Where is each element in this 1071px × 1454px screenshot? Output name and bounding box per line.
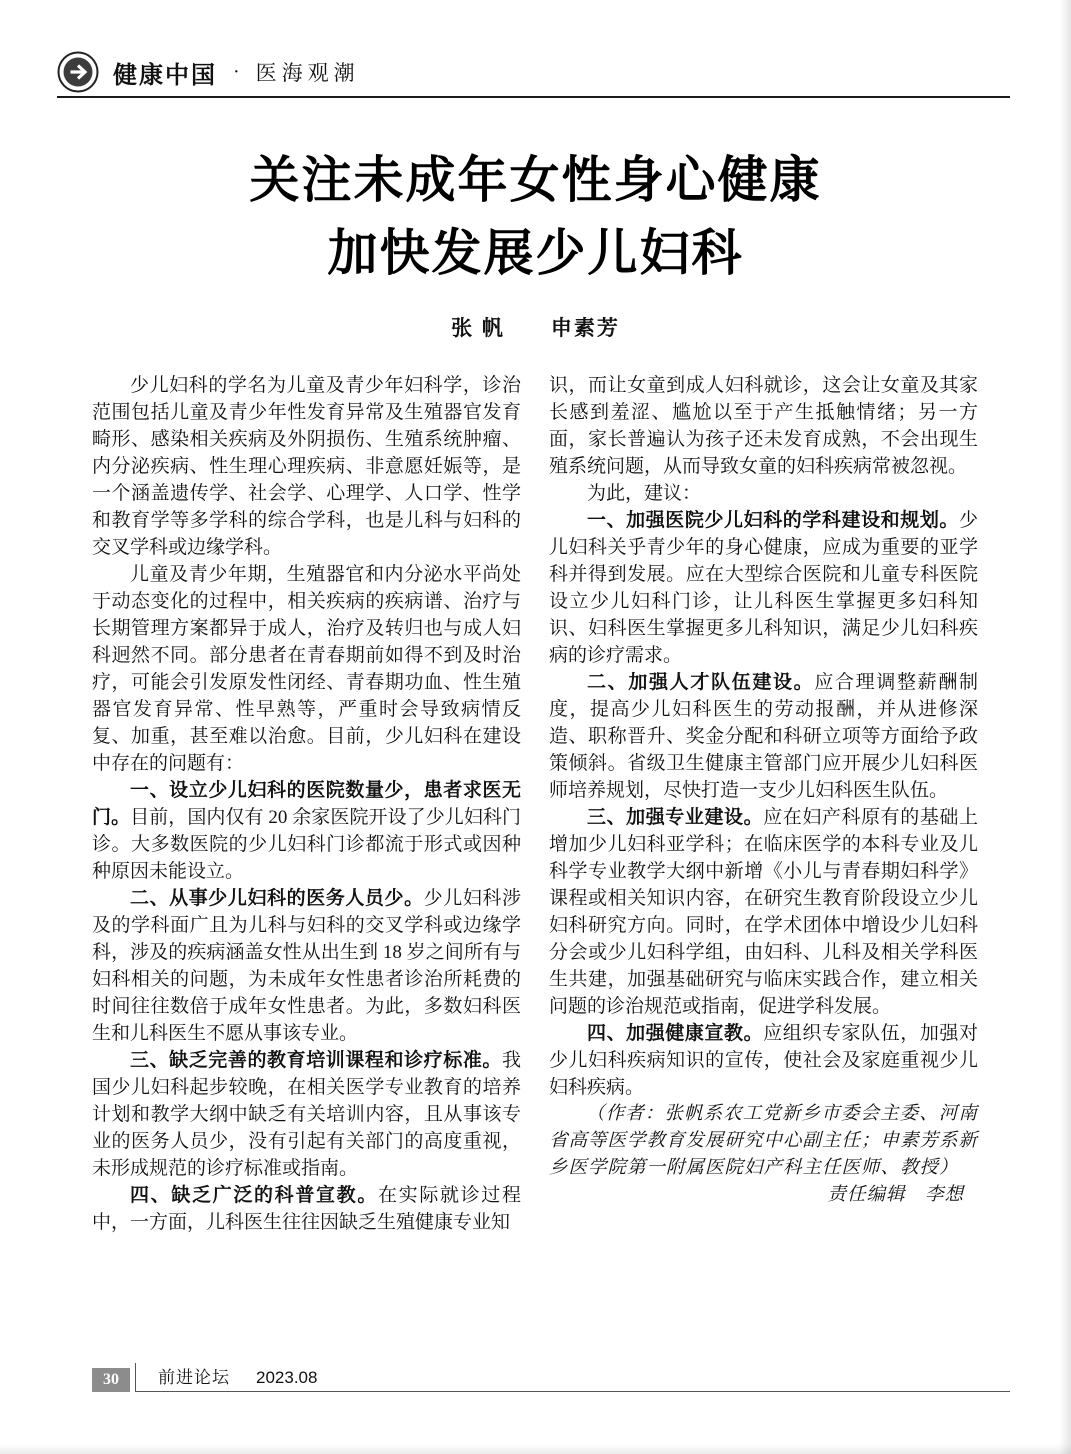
paragraph-text: 少儿妇科的学名为儿童及青少年妇科学，诊治范围包括儿童及青少年性发育异常及生殖器官… — [92, 375, 521, 558]
paragraph: 少儿妇科的学名为儿童及青少年妇科学，诊治范围包括儿童及青少年性发育异常及生殖器官… — [92, 372, 521, 561]
paragraph-lead: 三、缺乏完善的教育培训课程和诊疗标准。 — [130, 1050, 502, 1071]
article-body: 少儿妇科的学名为儿童及青少年妇科学，诊治范围包括儿童及青少年性发育异常及生殖器官… — [92, 372, 978, 1236]
paragraph-lead: 三、加强专业建设。 — [587, 807, 763, 828]
paragraph: 四、加强健康宣教。应组织专家队伍，加强对少儿妇科疾病知识的宣传，使社会及家庭重视… — [549, 1020, 978, 1101]
left-column: 少儿妇科的学名为儿童及青少年妇科学，诊治范围包括儿童及青少年性发育异常及生殖器官… — [92, 372, 521, 1236]
scan-shadow-right — [1059, 0, 1071, 1454]
issue-date: 2023.08 — [256, 1368, 317, 1388]
editor-line: 责任编辑 李想 — [549, 1182, 978, 1209]
page-number-badge: 30 — [92, 1368, 130, 1392]
article-title-line2: 加快发展少儿妇科 — [328, 225, 744, 281]
header-separator: · — [233, 61, 240, 84]
paragraph-text: 儿童及青少年期，生殖器官和内分泌水平尚处于动态变化的过程中，相关疾病的疾病谱、治… — [92, 564, 521, 774]
paragraph: 一、设立少儿妇科的医院数量少，患者求医无门。目前，国内仅有 20 余家医院开设了… — [92, 777, 521, 885]
paragraph: 四、缺乏广泛的科普宣教。在实际就诊过程中，一方面，儿科医生往往因缺乏生殖健康专业… — [92, 1182, 521, 1236]
magazine-page: 健康中国 · 医海观潮 关注未成年女性身心健康 加快发展少儿妇科 张 帆 申素芳… — [0, 0, 1071, 1454]
paragraph: 三、缺乏完善的教育培训课程和诊疗标准。我国少儿妇科起步较晚，在相关医学专业教育的… — [92, 1047, 521, 1182]
scan-shadow-bottom — [0, 1444, 1071, 1454]
journal-name: 前进论坛 — [158, 1363, 230, 1388]
paragraph: 为此，建议： — [549, 480, 978, 507]
article-title-line1: 关注未成年女性身心健康 — [250, 152, 822, 208]
paragraph-text: 识，而让女童到成人妇科就诊，这会让女童及其家长感到羞涩、尴尬以至于产生抵触情绪；… — [549, 375, 978, 477]
paragraph-lead: 四、加强健康宣教。 — [587, 1023, 763, 1044]
paragraph-continuation: 识，而让女童到成人妇科就诊，这会让女童及其家长感到羞涩、尴尬以至于产生抵触情绪；… — [549, 372, 978, 480]
paragraph: 儿童及青少年期，生殖器官和内分泌水平尚处于动态变化的过程中，相关疾病的疾病谱、治… — [92, 561, 521, 777]
footer-rule-line: 前进论坛 2023.08 — [135, 1363, 1010, 1392]
paragraph: 二、从事少儿妇科的医务人员少。少儿妇科涉及的学科面广且为儿科与妇科的交叉学科或边… — [92, 885, 521, 1047]
article-title: 关注未成年女性身心健康 加快发展少儿妇科 — [80, 144, 991, 290]
header-channel-label: 健康中国 — [113, 55, 217, 90]
author-note: （作者：张帆系农工党新乡市委会主委、河南省高等医学教育发展研究中心副主任；申素芳… — [549, 1101, 978, 1182]
paragraph-lead: 二、加强人才队伍建设。 — [587, 672, 814, 693]
paragraph-text: 目前，国内仅有 20 余家医院开设了少儿妇科门诊。大多数医院的少儿妇科门诊都流于… — [92, 807, 521, 882]
paragraph-text: 少儿妇科关乎青少年的身心健康，应成为重要的亚学科并得到发展。应在大型综合医院和儿… — [549, 510, 978, 666]
header-row: 健康中国 · 医海观潮 — [57, 50, 1010, 94]
paragraph-text: 少儿妇科涉及的学科面广且为儿科与妇科的交叉学科或边缘学科，涉及的疾病涵盖女性从出… — [92, 888, 521, 1044]
paragraph: 二、加强人才队伍建设。应合理调整薪酬制度，提高少儿妇科医生的劳动报酬，并从进修深… — [549, 669, 978, 804]
author-name-1: 张 帆 — [451, 312, 505, 342]
right-column: 识，而让女童到成人妇科就诊，这会让女童及其家长感到羞涩、尴尬以至于产生抵触情绪；… — [549, 372, 978, 1236]
header-column-label: 医海观潮 — [256, 57, 360, 87]
page-header: 健康中国 · 医海观潮 — [57, 50, 1010, 98]
arrow-right-circle-icon — [57, 51, 99, 93]
paragraph: 一、加强医院少儿妇科的学科建设和规划。少儿妇科关乎青少年的身心健康，应成为重要的… — [549, 507, 978, 669]
paragraph-text: 为此，建议： — [587, 483, 701, 504]
paragraph-lead: 二、从事少儿妇科的医务人员少。 — [130, 888, 424, 909]
authors-line: 张 帆 申素芳 — [0, 312, 1071, 342]
paragraph-text: 应在妇产科原有的基础上增加少儿妇科亚学科；在临床医学的本科专业及儿科学专业教学大… — [549, 807, 978, 1017]
page-footer: 30 前进论坛 2023.08 — [92, 1363, 1010, 1392]
author-name-2: 申素芳 — [551, 312, 620, 342]
paragraph-lead: 四、缺乏广泛的科普宣教。 — [130, 1185, 378, 1206]
paragraph: 三、加强专业建设。应在妇产科原有的基础上增加少儿妇科亚学科；在临床医学的本科专业… — [549, 804, 978, 1020]
header-rule — [57, 96, 1010, 98]
paragraph-lead: 一、加强医院少儿妇科的学科建设和规划。 — [587, 510, 959, 531]
